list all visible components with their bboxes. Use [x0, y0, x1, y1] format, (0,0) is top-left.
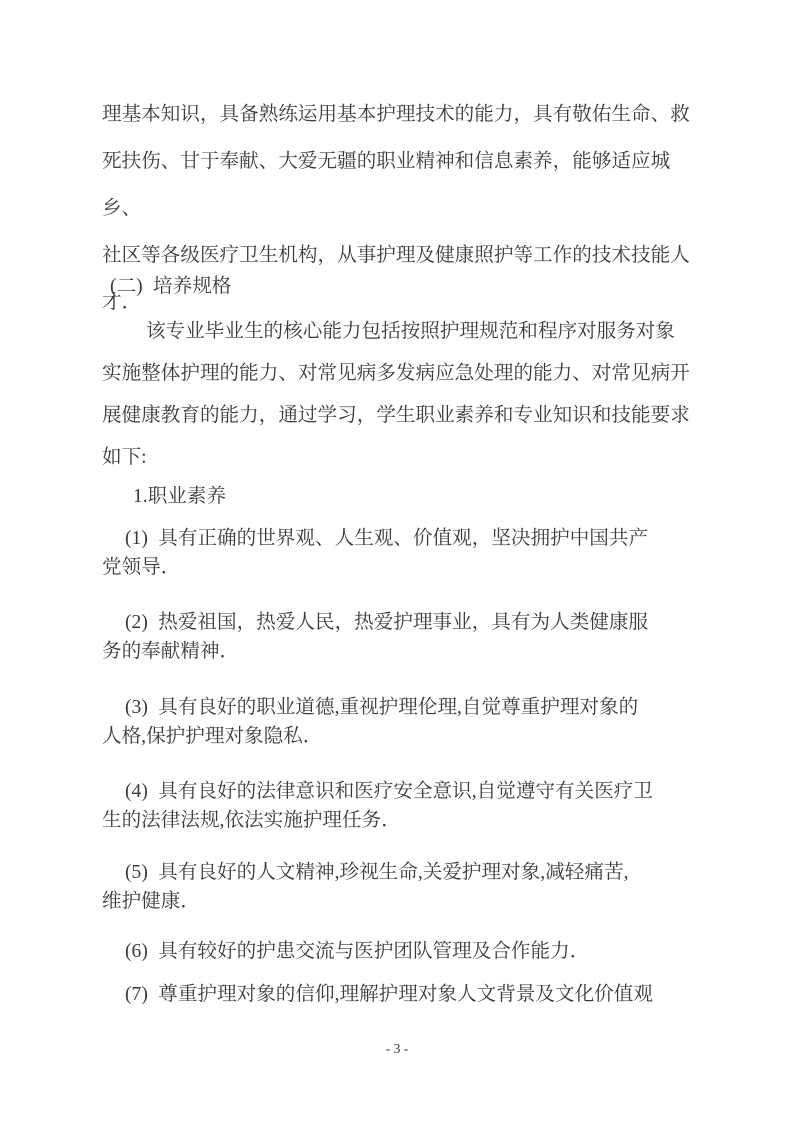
- item-paragraph-4: (4) 具有良好的法律意识和医疗安全意识,自觉遵守有关医疗卫 生的法律法规,依法…: [102, 777, 694, 835]
- item-paragraph-6: (6) 具有较好的护患交流与医护团队管理及合作能力．: [102, 937, 694, 966]
- item-paragraph-2: (2) 热爱祖国，热爱人民，热爱护理事业，具有为人类健康服 务的奉献精神．: [102, 608, 694, 666]
- item-paragraph-5: (5) 具有良好的人文精神,珍视生命,关爱护理对象,减轻痛苦, 维护健康．: [102, 858, 694, 916]
- section-heading: (二) 培养规格: [102, 273, 694, 301]
- subsection-heading: 1.职业素养: [102, 483, 694, 511]
- page-number: - 3 -: [0, 1041, 794, 1057]
- item-paragraph-1: (1) 具有正确的世界观、人生观、价值观，坚决拥护中国共产 党领导．: [102, 524, 694, 582]
- section-intro-paragraph: 该专业毕业生的核心能力包括按照护理规范和程序对服务对象 实施整体护理的能力、对常…: [102, 311, 694, 479]
- item-paragraph-7: (7) 尊重护理对象的信仰,理解护理对象人文背景及文化价值观: [102, 980, 694, 1009]
- item-paragraph-3: (3) 具有良好的职业道德,重视护理伦理,自觉尊重护理对象的 人格,保护护理对象…: [102, 693, 694, 751]
- document-page: 理基本知识，具备熟练运用基本护理技术的能力，具有敬佑生命、救 死扶伤、甘于奉献、…: [0, 0, 794, 1123]
